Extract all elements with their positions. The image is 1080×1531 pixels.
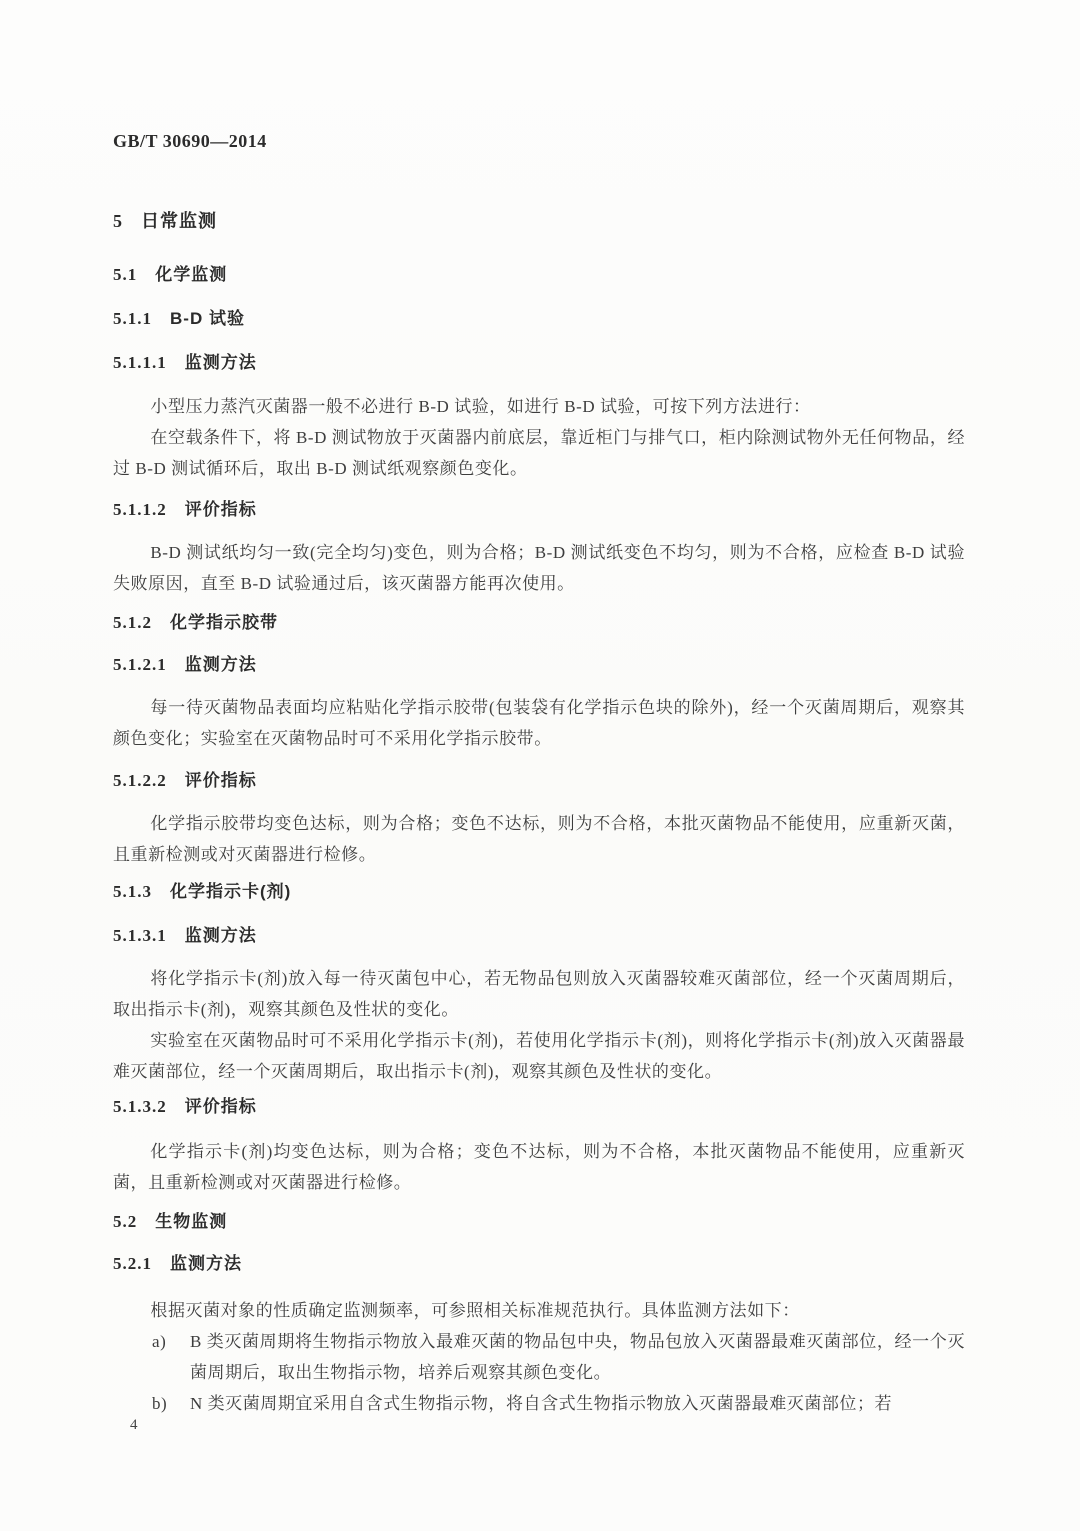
section-heading-5-1-3-1: 5.1.3.1监测方法 — [113, 925, 965, 947]
section-heading-5-1-1: 5.1.1B-D 试验 — [113, 308, 965, 330]
paragraph: 在空载条件下，将 B-D 测试物放于灭菌器内前底层，靠近柜门与排气口，柜内除测试… — [113, 422, 965, 484]
section-heading-5-1-1-1: 5.1.1.1监测方法 — [113, 352, 965, 374]
list-marker: b) — [152, 1388, 190, 1419]
clause-number: 5.1.3.2 — [113, 1096, 167, 1118]
clause-title: 监测方法 — [185, 353, 257, 372]
clause-title: 评价指标 — [185, 771, 257, 790]
document-page: GB/T 30690—2014 5日常监测 5.1化学监测 5.1.1B-D 试… — [0, 0, 1080, 1531]
clause-title: 监测方法 — [170, 1254, 242, 1273]
clause-title: 评价指标 — [185, 1097, 257, 1116]
list-item-a: a) B 类灭菌周期将生物指示物放入最难灭菌的物品包中央，物品包放入灭菌器最难灭… — [113, 1326, 965, 1388]
clause-number: 5.2.1 — [113, 1253, 152, 1275]
clause-number: 5.1.2.2 — [113, 770, 167, 792]
clause-number: 5 — [113, 210, 123, 232]
clause-number: 5.1 — [113, 264, 137, 286]
clause-number: 5.1.2.1 — [113, 654, 167, 676]
paragraph: 将化学指示卡(剂)放入每一待灭菌包中心，若无物品包则放入灭菌器较难灭菌部位，经一… — [113, 963, 965, 1025]
section-heading-5-1-1-2: 5.1.1.2评价指标 — [113, 499, 965, 521]
paragraph: 化学指示卡(剂)均变色达标，则为合格；变色不达标，则为不合格，本批灭菌物品不能使… — [113, 1136, 965, 1198]
clause-number: 5.2 — [113, 1211, 137, 1233]
paragraph: 化学指示胶带均变色达标，则为合格；变色不达标，则为不合格，本批灭菌物品不能使用，… — [113, 808, 965, 870]
clause-number: 5.1.3.1 — [113, 925, 167, 947]
clause-title: 化学指示卡(剂) — [170, 882, 291, 901]
paragraph: 实验室在灭菌物品时可不采用化学指示卡(剂)，若使用化学指示卡(剂)，则将化学指示… — [113, 1025, 965, 1087]
clause-number: 5.1.3 — [113, 881, 152, 903]
clause-number: 5.1.1.1 — [113, 352, 167, 374]
section-heading-5-1: 5.1化学监测 — [113, 264, 965, 286]
section-heading-5-1-3: 5.1.3化学指示卡(剂) — [113, 881, 965, 903]
standard-number: GB/T 30690—2014 — [113, 130, 965, 152]
clause-title: B-D 试验 — [170, 309, 245, 328]
section-heading-5-1-2-1: 5.1.2.1监测方法 — [113, 654, 965, 676]
clause-title: 监测方法 — [185, 655, 257, 674]
section-heading-5-1-2: 5.1.2化学指示胶带 — [113, 612, 965, 634]
clause-title: 日常监测 — [141, 211, 217, 231]
paragraph: 每一待灭菌物品表面均应粘贴化学指示胶带(包装袋有化学指示色块的除外)，经一个灭菌… — [113, 692, 965, 754]
section-heading-5: 5日常监测 — [113, 210, 965, 232]
paragraph: 根据灭菌对象的性质确定监测频率，可参照相关标准规范执行。具体监测方法如下： — [113, 1295, 965, 1326]
clause-title: 评价指标 — [185, 500, 257, 519]
list-item-text: B 类灭菌周期将生物指示物放入最难灭菌的物品包中央，物品包放入灭菌器最难灭菌部位… — [190, 1326, 965, 1388]
paragraph: B-D 测试纸均匀一致(完全均匀)变色，则为合格；B-D 测试纸变色不均匀，则为… — [113, 537, 965, 599]
list-item-b: b) N 类灭菌周期宜采用自含式生物指示物，将自含式生物指示物放入灭菌器最难灭菌… — [113, 1388, 965, 1419]
section-heading-5-2: 5.2生物监测 — [113, 1211, 965, 1233]
clause-title: 生物监测 — [155, 1212, 227, 1231]
clause-number: 5.1.2 — [113, 612, 152, 634]
section-heading-5-1-3-2: 5.1.3.2评价指标 — [113, 1096, 965, 1118]
paragraph: 小型压力蒸汽灭菌器一般不必进行 B-D 试验，如进行 B-D 试验，可按下列方法… — [113, 391, 965, 422]
list-marker: a) — [152, 1326, 190, 1388]
clause-title: 化学监测 — [155, 265, 227, 284]
clause-number: 5.1.1.2 — [113, 499, 167, 521]
list-item-text: N 类灭菌周期宜采用自含式生物指示物，将自含式生物指示物放入灭菌器最难灭菌部位；… — [190, 1388, 965, 1419]
section-heading-5-1-2-2: 5.1.2.2评价指标 — [113, 770, 965, 792]
section-heading-5-2-1: 5.2.1监测方法 — [113, 1253, 965, 1275]
clause-title: 化学指示胶带 — [170, 613, 278, 632]
clause-number: 5.1.1 — [113, 308, 152, 330]
clause-title: 监测方法 — [185, 926, 257, 945]
